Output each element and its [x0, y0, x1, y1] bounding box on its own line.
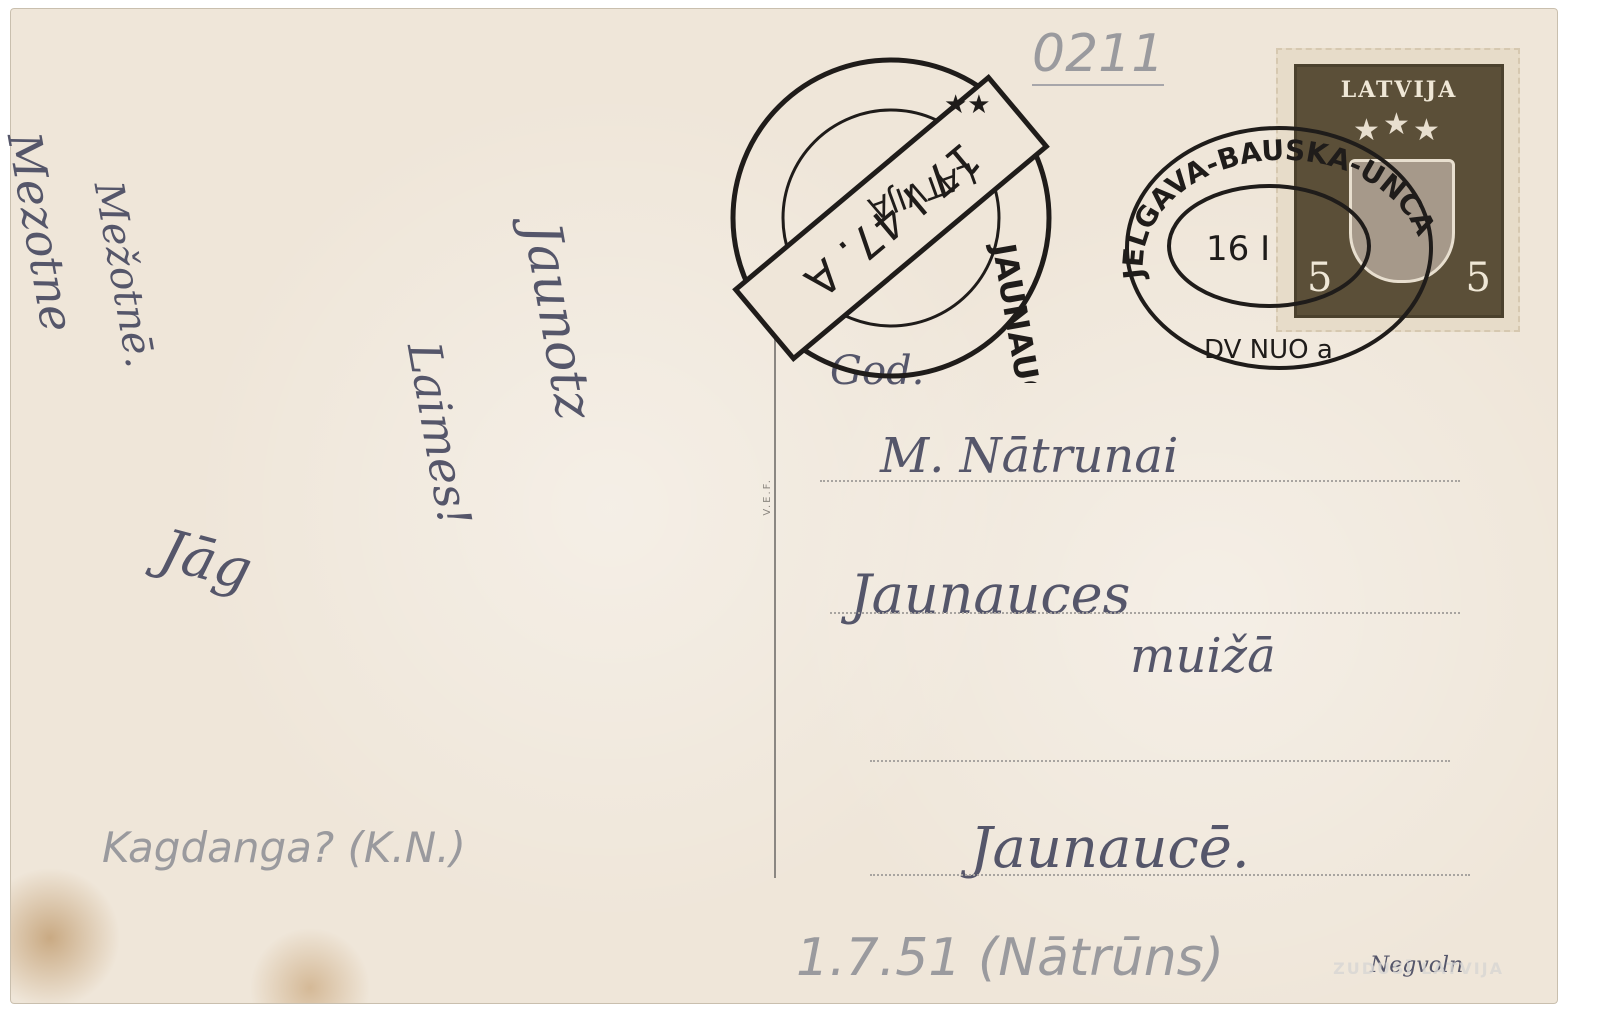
stamp-country: LATVIJA [1297, 77, 1501, 103]
address-rule-1 [820, 480, 1460, 482]
svg-text:DV NUO a: DV NUO a [1204, 335, 1333, 365]
message-mezotne: Mezotne [0, 128, 85, 336]
center-divider [774, 338, 776, 878]
pencil-note-left: Kagdanga? (K.N.) [102, 823, 466, 872]
address-line-1: M. Nātrunai [880, 428, 1178, 484]
message-signature-left: Jāg [153, 517, 258, 604]
pencil-note-bottom: 1.7.51 (Nātrūns) [796, 928, 1224, 988]
address-rule-4 [870, 874, 1470, 876]
address-rule-2 [830, 612, 1460, 614]
postmark-jelgava-bauska: JELGAVA-BAUSKA-UNCA 16 I DV NUO a [1114, 118, 1434, 388]
watermark: ZUDUSĪ LATVIJA [1333, 959, 1504, 978]
message-jaunotz: Jaunotz [511, 218, 605, 424]
postmark-jaunauce: 17 I 47. A LATVIJA JAUNAUCE ★★ [726, 53, 1056, 383]
address-rule-3 [870, 760, 1450, 762]
address-line-3: muižā [1130, 628, 1276, 684]
svg-text:16 I: 16 I [1206, 229, 1270, 269]
message-mezotne-2: Mežotnē. [85, 178, 163, 371]
postcard-back: Mezotne Mežotnē. Jāg Jaunotz Laimes! Kag… [10, 8, 1558, 1004]
printer-mark: V.E.F. [762, 478, 782, 516]
svg-text:JELGAVA-BAUSKA-UNCA: JELGAVA-BAUSKA-UNCA [1116, 134, 1434, 283]
address-line-4: Jaunaucē. [970, 816, 1250, 881]
svg-text:★★: ★★ [944, 90, 991, 120]
address-line-2: Jaunauces [850, 563, 1130, 626]
stamp-value-right: 5 [1466, 255, 1491, 301]
message-lainas: Laimes! [397, 338, 482, 530]
